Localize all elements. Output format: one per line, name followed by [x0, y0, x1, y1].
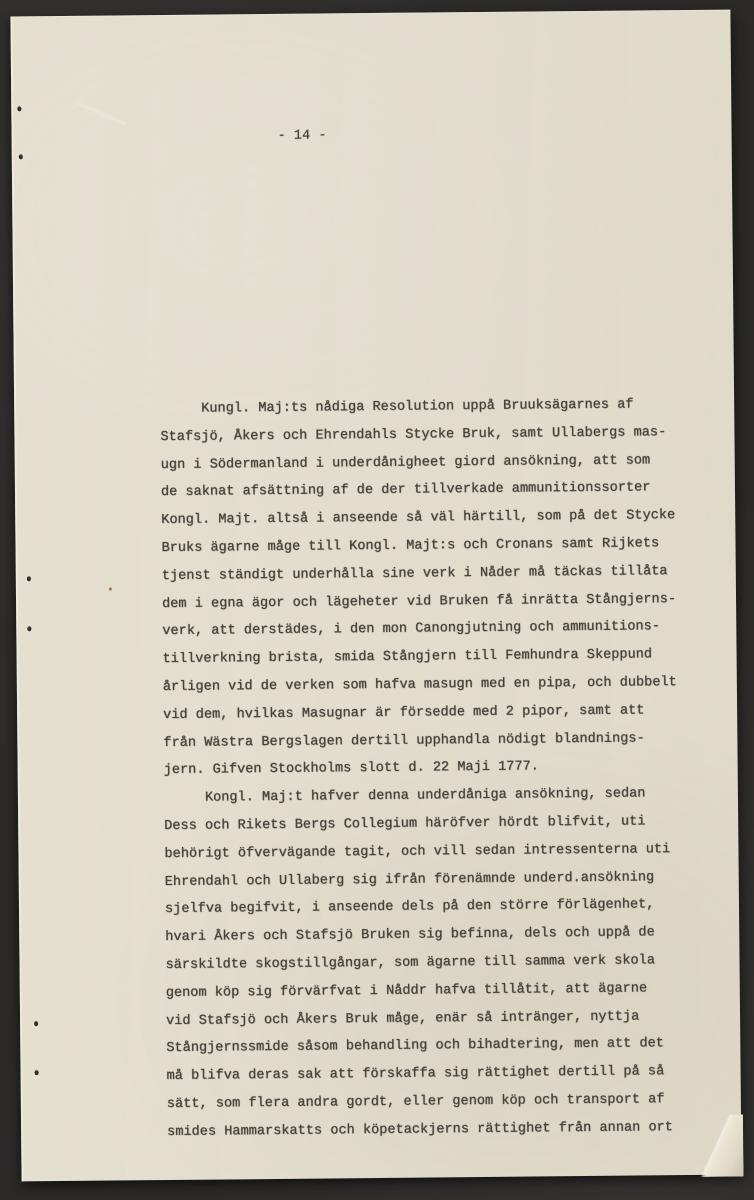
- binding-hole: [35, 1070, 39, 1075]
- binding-hole: [27, 576, 31, 581]
- binding-hole: [17, 106, 21, 111]
- paper-crease: [77, 102, 126, 125]
- text-line: genom köp sig förvärfvat i Nåddr hafva t…: [166, 974, 726, 1007]
- binding-hole: [19, 154, 23, 159]
- text-line: smides Hammarskatts och köpetackjerns rä…: [167, 1113, 727, 1146]
- binding-hole: [27, 626, 31, 631]
- text-line: från Wästra Bergslagen dertill upphandla…: [163, 724, 723, 757]
- document-text: Kungl. Maj:ts nådiga Resolution uppå Bru…: [160, 391, 727, 1147]
- paper-speck: [109, 588, 112, 591]
- page-number: - 14 -: [277, 126, 326, 146]
- folded-corner: [697, 1115, 744, 1177]
- document-page: - 14 - Kungl. Maj:ts nådiga Resolution u…: [10, 10, 741, 1182]
- binding-hole: [34, 1021, 38, 1026]
- scan-background: - 14 - Kungl. Maj:ts nådiga Resolution u…: [0, 0, 754, 1200]
